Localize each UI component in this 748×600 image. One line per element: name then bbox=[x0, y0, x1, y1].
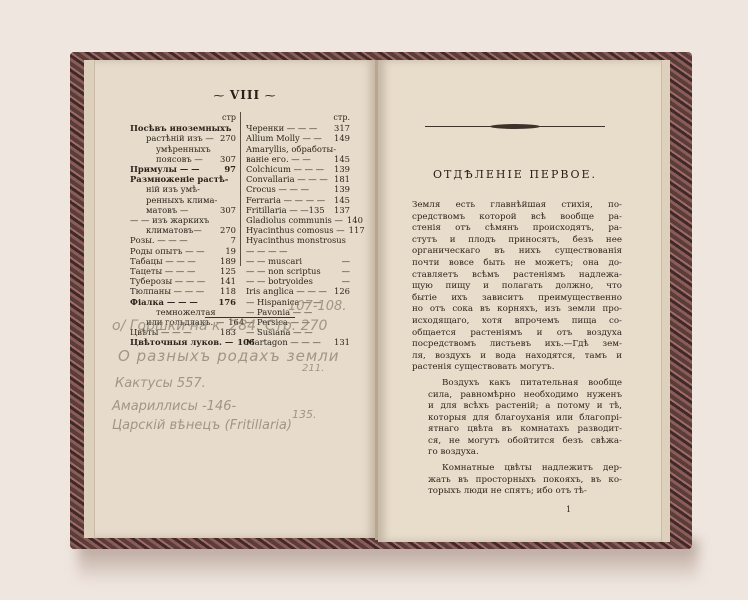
entry-page-number: — bbox=[342, 256, 350, 266]
index-entry: умѣренныхъ bbox=[130, 144, 236, 154]
text-line: торыхъ люди не спятъ; ибо отъ тѣ- bbox=[412, 486, 622, 498]
index-entry: ренныхъ клима- bbox=[130, 195, 236, 205]
index-entry: Тацеты — — —125 bbox=[130, 266, 236, 276]
entry-label: Примулы — — bbox=[130, 164, 200, 174]
entry-page-number: 189 bbox=[220, 256, 236, 266]
column-header: стр bbox=[130, 113, 236, 123]
handwritten-note: Царскій вѣнецъ (Fritillaria) bbox=[112, 418, 292, 433]
entry-label: Розы. — — — bbox=[130, 235, 188, 245]
handwritten-note: Кактусы 557. bbox=[115, 376, 206, 391]
entry-label: Посѣвъ иноземныхъ bbox=[130, 123, 231, 133]
entry-page-number: 145 bbox=[334, 154, 350, 164]
entry-label: Colchicum — — — bbox=[246, 164, 324, 174]
text-line: ставляетъ всѣмъ растеніямъ надлежа- bbox=[412, 270, 622, 282]
index-entry: Тюлпаны — — —118 bbox=[130, 286, 236, 296]
index-entry: Hyacinthus comosus —117 bbox=[246, 225, 350, 235]
text-line: ля, воздухъ и вода находятся, тамъ и bbox=[412, 351, 622, 363]
entry-label: растѣній изъ — bbox=[146, 133, 214, 143]
text-line: бытіе ихъ зависитъ преимущественно bbox=[412, 293, 622, 305]
entry-label: Iris anglica — — — bbox=[246, 286, 327, 296]
text-line: общается растеніямъ и отъ воздуха bbox=[412, 328, 622, 340]
entry-label: Crocus — — — bbox=[246, 184, 309, 194]
index-entry: Розы. — — —7 bbox=[130, 235, 236, 245]
entry-page-number: 317 bbox=[334, 123, 350, 133]
page-stack-edge bbox=[661, 60, 670, 542]
entry-page-number: 126 bbox=[334, 286, 350, 296]
entry-page-number: — bbox=[342, 266, 350, 276]
index-entry: Hyacinthus monstrosus bbox=[246, 235, 350, 245]
entry-page-number: 141 bbox=[220, 276, 236, 286]
entry-page-number: 140 bbox=[347, 215, 363, 225]
index-entry: Черенки — — —317 bbox=[246, 123, 350, 133]
swash-ornament-icon: ⁓ bbox=[213, 89, 230, 102]
index-entry: Примулы — —97 bbox=[130, 164, 236, 174]
text-line: жать въ просторныхъ покояхъ, въ ко- bbox=[412, 475, 622, 487]
text-line: растенія существовать могутъ. bbox=[412, 362, 622, 374]
index-entry: Fritillaria — —135137 bbox=[246, 205, 350, 215]
entry-page-number: — bbox=[342, 276, 350, 286]
entry-label: ренныхъ клима- bbox=[146, 195, 217, 205]
index-entry: ній изъ умѣ- bbox=[130, 184, 236, 194]
entry-label: — — изъ жаркихъ bbox=[130, 215, 209, 225]
entry-page-number: 7 bbox=[231, 235, 236, 245]
entry-label: Туберозы — — — bbox=[130, 276, 205, 286]
index-entry: — — — — bbox=[246, 246, 350, 256]
index-column-left: стр Посѣвъ иноземныхърастѣній изъ —270ум… bbox=[130, 113, 236, 348]
index-entry: Iris anglica — — —126 bbox=[246, 286, 350, 296]
text-line: стенія отъ сѣмянъ происходятъ, ра- bbox=[412, 223, 622, 235]
column-divider bbox=[240, 112, 241, 266]
entry-label: Фіалка — — — bbox=[130, 297, 198, 307]
entry-label: Тюлпаны — — — bbox=[130, 286, 204, 296]
swash-ornament-icon: ⁓ bbox=[260, 89, 277, 102]
index-entry: Allium Molly — —149 bbox=[246, 133, 350, 143]
page-number-header: ⁓ VIII ⁓ bbox=[140, 88, 350, 102]
index-entry: матовъ —307 bbox=[130, 205, 236, 215]
index-entry: Crocus — — —139 bbox=[246, 184, 350, 194]
entry-label: ваніе его. — — bbox=[246, 154, 311, 164]
index-entry: ваніе его. — —145 bbox=[246, 154, 350, 164]
body-text: Земля есть главнѣйшая стихія, по-средств… bbox=[412, 200, 622, 502]
text-line: но отъ сока въ корняхъ, изъ земли про- bbox=[412, 304, 622, 316]
text-line: щую пищу и полагать должно, что bbox=[412, 281, 622, 293]
entry-label: Тацеты — — — bbox=[130, 266, 195, 276]
text-line: сила, равномѣрно необходимо нуженъ bbox=[412, 390, 622, 402]
index-entry: Gladiolus communis —140 bbox=[246, 215, 350, 225]
text-line: посредствомъ листьевъ ихъ.—Гдѣ зем- bbox=[412, 339, 622, 351]
text-line: органическаго въ нихъ существованія bbox=[412, 246, 622, 258]
paragraph: Земля есть главнѣйшая стихія, по-средств… bbox=[412, 200, 622, 374]
handwritten-note: о/ Горшки на к. 284. Стр. 270 bbox=[112, 318, 327, 334]
entry-page-number: 270 bbox=[220, 133, 236, 143]
entry-label: — — non scriptus bbox=[246, 266, 321, 276]
paragraph: Комнатные цвѣты надлежитъ дер-жать въ пр… bbox=[412, 463, 622, 498]
handwritten-note: Амариллисы -146- bbox=[112, 399, 236, 414]
entry-page-number: 176 bbox=[219, 297, 236, 307]
entry-label: Hyacinthus monstrosus bbox=[246, 235, 346, 245]
entry-page-number: 145 bbox=[334, 195, 350, 205]
paragraph: Воздухъ какъ питательная вообщесила, рав… bbox=[412, 378, 622, 459]
entry-label: Роды опытъ — — bbox=[130, 246, 205, 256]
entry-page-number: 137 bbox=[334, 205, 350, 215]
index-entry: Ferraria — — — —145 bbox=[246, 195, 350, 205]
entry-page-number: 270 bbox=[220, 225, 236, 235]
index-entry: Размноженіе растѣ- bbox=[130, 174, 236, 184]
index-entry: Туберозы — — —141 bbox=[130, 276, 236, 286]
entry-page-number: 181 bbox=[334, 174, 350, 184]
index-entry: Фіалка — — —176 bbox=[130, 297, 236, 307]
entry-label: Fritillaria — —135 bbox=[246, 205, 325, 215]
text-line: стутъ и плодъ приносятъ, безъ нее bbox=[412, 235, 622, 247]
index-entry: Convallaria — — —181 bbox=[246, 174, 350, 184]
index-entry: темножелтая bbox=[130, 307, 236, 317]
entry-label: климатовъ— bbox=[146, 225, 202, 235]
column-header: стр. bbox=[246, 113, 350, 123]
entry-label: Allium Molly — — bbox=[246, 133, 322, 143]
text-line: Воздухъ какъ питательная вообще bbox=[412, 378, 622, 390]
header-ornament bbox=[425, 124, 605, 129]
page-number: VIII bbox=[230, 88, 260, 102]
entry-page-number: 118 bbox=[220, 286, 236, 296]
entry-label: — — botryoides bbox=[246, 276, 313, 286]
index-entry: поясовъ —307 bbox=[130, 154, 236, 164]
index-entry: Табацы — — —189 bbox=[130, 256, 236, 266]
page-stack-edge bbox=[84, 60, 95, 538]
entry-label: Размноженіе растѣ- bbox=[130, 174, 228, 184]
entry-label: Gladiolus communis — bbox=[246, 215, 343, 225]
book-gutter bbox=[375, 60, 378, 540]
text-line: Комнатные цвѣты надлежитъ дер- bbox=[412, 463, 622, 475]
entry-label: Hyacinthus comosus — bbox=[246, 225, 345, 235]
text-line: ятнаго цвѣта въ комнатахъ разводит- bbox=[412, 424, 622, 436]
handwritten-note: 211. bbox=[302, 363, 324, 374]
entry-page-number: 139 bbox=[334, 184, 350, 194]
index-entry: — — botryoides— bbox=[246, 276, 350, 286]
entry-label: умѣренныхъ bbox=[156, 144, 211, 154]
index-entry: — — muscari— bbox=[246, 256, 350, 266]
signature-mark: 1 bbox=[566, 505, 571, 514]
entry-page-number: 307 bbox=[220, 205, 236, 215]
entry-page-number: 149 bbox=[334, 133, 350, 143]
entry-label: Табацы — — — bbox=[130, 256, 196, 266]
entry-page-number: 307 bbox=[220, 154, 236, 164]
text-line: Земля есть главнѣйшая стихія, по- bbox=[412, 200, 622, 212]
chapter-title: ОТДѢЛЕНІЕ ПЕРВОЕ. bbox=[400, 168, 630, 181]
entry-label: Черенки — — — bbox=[246, 123, 317, 133]
entry-label: Convallaria — — — bbox=[246, 174, 328, 184]
text-line: почти вовсе быть не можетъ; она до- bbox=[412, 258, 622, 270]
entry-label: поясовъ — bbox=[156, 154, 203, 164]
text-line: и для всѣхъ растеній; а потому и тѣ, bbox=[412, 401, 622, 413]
index-entry: климатовъ—270 bbox=[130, 225, 236, 235]
entry-label: матовъ — bbox=[146, 205, 188, 215]
handwritten-note: 135. bbox=[292, 408, 317, 421]
entry-label: ній изъ умѣ- bbox=[146, 184, 200, 194]
index-entry: растѣній изъ —270 bbox=[130, 133, 236, 143]
entry-label: Ferraria — — — — bbox=[246, 195, 325, 205]
entry-page-number: 19 bbox=[225, 246, 236, 256]
entry-label: темножелтая bbox=[156, 307, 216, 317]
index-entry: Посѣвъ иноземныхъ bbox=[130, 123, 236, 133]
index-entry: Colchicum — — —139 bbox=[246, 164, 350, 174]
entry-page-number: 125 bbox=[220, 266, 236, 276]
entry-page-number: 97 bbox=[224, 164, 236, 174]
index-entry: Amaryllis, обработы- bbox=[246, 144, 350, 154]
entry-label: — — muscari bbox=[246, 256, 302, 266]
entry-page-number: 139 bbox=[334, 164, 350, 174]
entry-label: Amaryllis, обработы- bbox=[246, 144, 336, 154]
text-line: исходящаго, хотя впрочемъ пища со- bbox=[412, 316, 622, 328]
text-line: ся, не могутъ обойтится безъ свѣжа- bbox=[412, 436, 622, 448]
index-entry: — — изъ жаркихъ bbox=[130, 215, 236, 225]
text-line: которыя для благоуханія или благопрі- bbox=[412, 413, 622, 425]
entry-label: — — — — bbox=[246, 246, 288, 256]
index-entry: Роды опытъ — —19 bbox=[130, 246, 236, 256]
text-line: средствомъ которой всѣ вообще ра- bbox=[412, 212, 622, 224]
index-entry: — — non scriptus— bbox=[246, 266, 350, 276]
handwritten-note: 107-108. bbox=[288, 299, 346, 314]
entry-page-number: 117 bbox=[349, 225, 365, 235]
text-line: го воздуха. bbox=[412, 447, 622, 459]
